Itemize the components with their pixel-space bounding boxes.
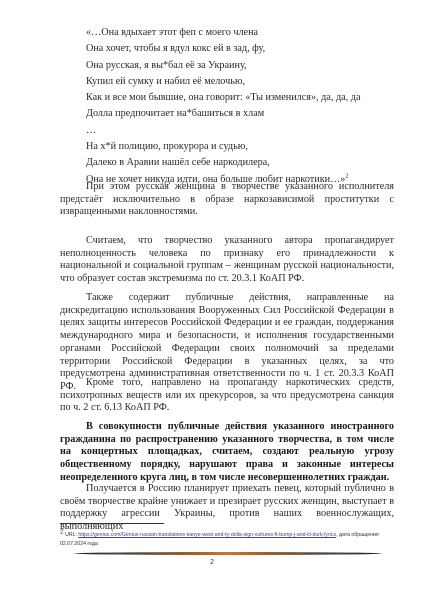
lyric-line: Она русская, я вы*бал её за Украину, bbox=[86, 58, 360, 74]
lyric-line: Далеко в Аравии нашёл себе наркодилера, bbox=[86, 155, 360, 171]
footnote: 2 URL: https://genius.com/Genius-russian… bbox=[60, 531, 400, 548]
document-page: «…Она вдыхает этот феп с моего члена Она… bbox=[0, 0, 424, 600]
lyric-line: Долла предпочитает на*башиться в хлам bbox=[86, 106, 360, 122]
paragraph: При этом русская женщина в творчестве ук… bbox=[60, 181, 394, 219]
footnote-number: 2 bbox=[60, 528, 64, 535]
paragraph-conclusion: В совокупности публичные действия указан… bbox=[60, 421, 394, 485]
paragraph: Кроме того, направлено на пропаганду нар… bbox=[60, 377, 394, 415]
paragraph: Получается в Россию планирует приехать п… bbox=[60, 483, 394, 534]
lyric-line: Она хочет, чтобы я вдул кокс ей в зад, ф… bbox=[86, 41, 360, 57]
lyric-line: Купил ей сумку и набил её мелочью, bbox=[86, 74, 360, 90]
footnote-reference[interactable]: 2 bbox=[345, 172, 348, 179]
lyric-line: «…Она вдыхает этот феп с моего члена bbox=[86, 25, 360, 41]
footnote-separator bbox=[60, 523, 164, 524]
lyric-line: На х*й полицию, прокурора и судью, bbox=[86, 139, 360, 155]
paragraph: Считаем, что творчество указанного автор… bbox=[60, 235, 394, 286]
footer-decorative-line bbox=[74, 552, 382, 555]
page-number: 2 bbox=[0, 559, 424, 566]
footnote-link[interactable]: https://genius.com/Genius-russian-transl… bbox=[78, 532, 336, 538]
lyric-line: … bbox=[86, 123, 360, 139]
lyric-line: Как и все мои бывшие, она говорит: «Ты и… bbox=[86, 90, 360, 106]
quoted-lyrics: «…Она вдыхает этот феп с моего члена Она… bbox=[86, 25, 360, 188]
